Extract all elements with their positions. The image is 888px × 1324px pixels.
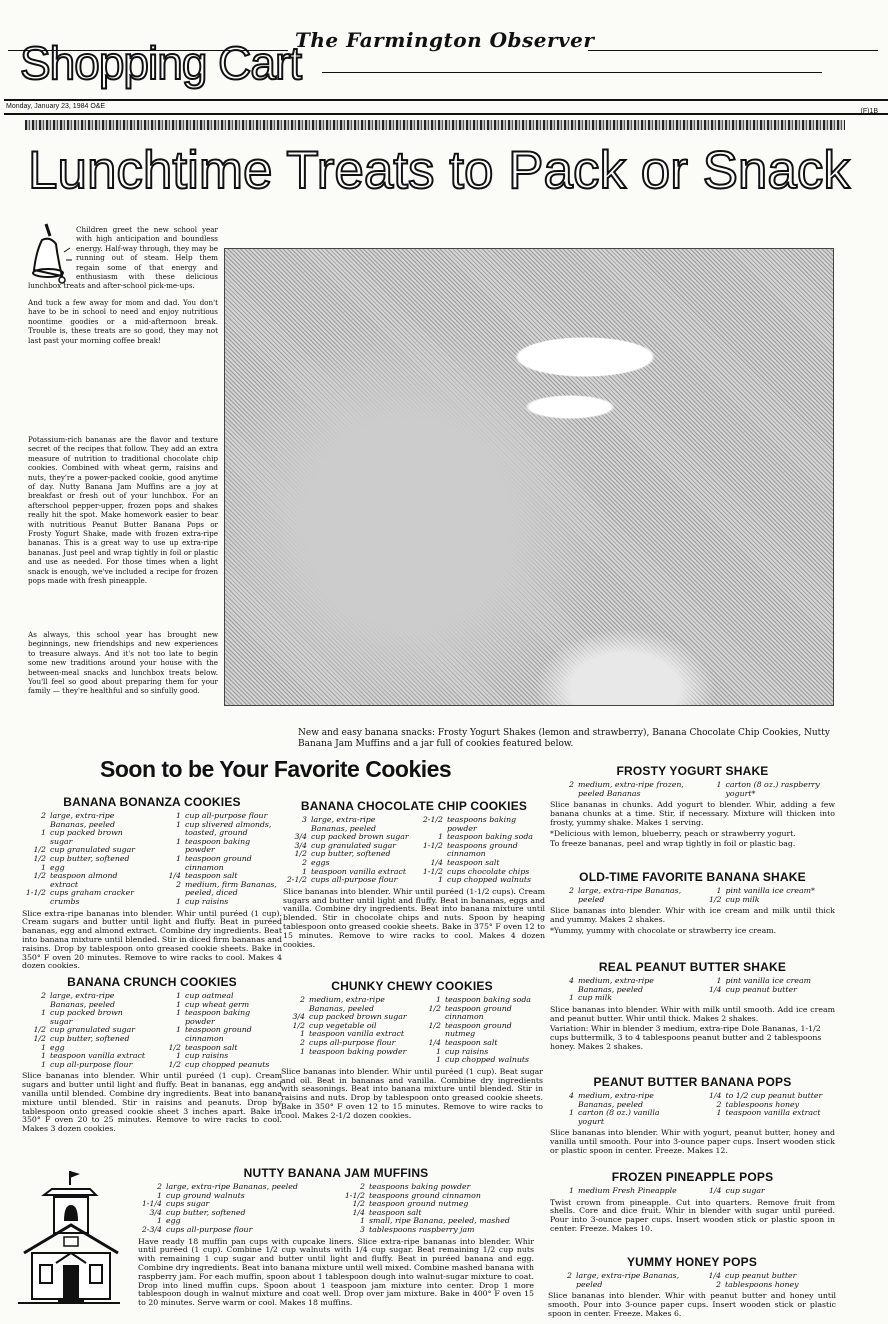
ingredient-name: cups all-purpose flour <box>166 1225 252 1234</box>
ingredient-column-right: 1/4cup sugar <box>698 1187 836 1196</box>
ingredient-quantity: 1 <box>698 1109 722 1118</box>
ingredient-item: 2large, extra-ripe Bananas, peeled <box>22 812 147 829</box>
ingredient-quantity: 1/2 <box>417 1005 441 1014</box>
ingredient-quantity: 1 <box>157 855 181 864</box>
ingredient-quantity: 1/4 <box>698 986 722 995</box>
ingredient-quantity: 1 <box>419 876 443 885</box>
masthead-rule-right <box>588 50 878 51</box>
ingredient-quantity: 1 <box>698 781 722 790</box>
ingredient-quantity: 1/4 <box>698 1187 722 1196</box>
ingredient-column-right: 1/4to 1/2 cup peanut butter2tablespoons … <box>698 1092 836 1126</box>
ingredient-item: 1teaspoon ground cinnamon <box>157 855 282 872</box>
recipe-directions: Have ready 18 muffin pan cups with cupca… <box>138 1238 534 1308</box>
ingredient-quantity: 1 <box>157 898 181 907</box>
ingredient-name: large, extra-ripe Bananas, peeled <box>578 886 681 904</box>
ingredient-name: carton (8 oz.) raspberry yogurt* <box>726 780 820 798</box>
recipe-title: FROSTY YOGURT SHAKE <box>550 764 835 778</box>
newspaper-name: The Farmington Observer <box>295 28 594 52</box>
recipe-directions: Slice bananas into blender. Whir with mi… <box>550 1006 835 1024</box>
ingredient-list: 2medium, extra-ripe frozen, peeled Banan… <box>550 781 835 798</box>
ingredient-name: medium, extra-ripe Bananas, peeled <box>309 995 385 1013</box>
decorative-texture-bar <box>25 120 845 130</box>
ingredient-list: 2medium, extra-ripe Bananas, peeled3/4cu… <box>281 996 543 1065</box>
recipe-real-peanut-butter-shake: REAL PEANUT BUTTER SHAKE4medium, extra-r… <box>550 960 835 1052</box>
ingredient-quantity: 2 <box>548 1272 572 1281</box>
recipe-frozen-pineapple-pops: FROZEN PINEAPPLE POPS1medium Fresh Pinea… <box>550 1170 835 1234</box>
intro-paragraph-4: As always, this school year has brought … <box>28 630 218 696</box>
ingredient-quantity: 1-1/2 <box>22 889 46 898</box>
ingredient-item: 1teaspoon ground cinnamon <box>157 1026 282 1043</box>
ingredient-column-left: 2large, extra-ripe Bananas, peeled1cup p… <box>22 992 147 1069</box>
ingredient-quantity: 1 <box>550 1109 574 1118</box>
ingredient-item: 1cup slivered almonds, toasted, ground <box>157 821 282 838</box>
ingredient-item: 1cup packed brown sugar <box>22 829 147 846</box>
banana-snacks-photo <box>224 248 834 706</box>
recipe-title: REAL PEANUT BUTTER SHAKE <box>550 960 835 974</box>
ingredient-list: 3large, extra-ripe Bananas, peeled3/4cup… <box>283 816 545 885</box>
ingredient-item: 1cup packed brown sugar <box>22 1009 147 1026</box>
ingredient-quantity: 1 <box>417 1056 441 1065</box>
ingredient-quantity: 2 <box>550 781 574 790</box>
ingredient-quantity: 3 <box>341 1226 365 1235</box>
ingredient-column-right: 1pint vanilla ice cream*1/2cup milk <box>698 887 836 904</box>
ingredient-column-right: 1cup oatmeal1cup wheat germ1teaspoon bak… <box>157 992 282 1069</box>
ingredient-column-left: 2medium, extra-ripe frozen, peeled Banan… <box>550 781 688 798</box>
ingredient-name: cup raisins <box>185 897 228 906</box>
ingredient-item: 4medium, extra-ripe Bananas, peeled <box>550 977 688 994</box>
ingredient-item: 2tablespoons honey <box>697 1281 836 1290</box>
recipe-note: *Delicious with lemon, blueberry, peach … <box>550 830 835 839</box>
recipe-nutty-banana-jam-muffins: NUTTY BANANA JAM MUFFINS2large, extra-ri… <box>138 1166 534 1308</box>
ingredient-quantity: 1 <box>157 1009 181 1018</box>
ingredient-name: teaspoon ground cinnamon <box>185 1025 252 1043</box>
ingredient-name: large, extra-ripe Bananas, peeled <box>50 991 115 1009</box>
ingredient-name: medium, firm Bananas, peeled, diced <box>185 880 277 898</box>
page-number: (F)1B <box>861 108 879 115</box>
ingredient-item: 1carton (8 oz.) raspberry yogurt* <box>698 781 836 798</box>
ingredient-name: teaspoon almond extract <box>50 871 118 889</box>
ingredient-quantity: 4 <box>550 1092 574 1101</box>
recipe-title: NUTTY BANANA JAM MUFFINS <box>138 1166 534 1180</box>
ingredient-item: 2medium, extra-ripe frozen, peeled Banan… <box>550 781 688 798</box>
recipe-title: OLD-TIME FAVORITE BANANA SHAKE <box>550 870 835 884</box>
ingredient-name: cup packed brown sugar <box>50 828 123 846</box>
ingredient-name: cup all-purpose flour <box>50 1060 132 1069</box>
ingredient-column-right: 1teaspoon baking soda1/2teaspoon ground … <box>417 996 543 1065</box>
ingredient-list: 2large, extra-ripe Bananas, peeled1cup g… <box>138 1183 534 1235</box>
ingredient-item: 1teaspoon baking powder <box>281 1048 407 1057</box>
ingredient-name: teaspoon ground cinnamon <box>185 854 252 872</box>
schoolhouse-icon <box>8 1165 128 1315</box>
ingredient-column-right: 1cup all-purpose flour1cup slivered almo… <box>157 812 282 907</box>
ingredient-list: 2large, extra-ripe Bananas, peeled1pint … <box>550 887 835 904</box>
ingredient-name: medium, extra-ripe Bananas, peeled <box>578 1091 654 1109</box>
ingredient-item: 1cup milk <box>550 994 688 1003</box>
ingredient-name: teaspoon baking powder <box>185 1008 250 1026</box>
ingredient-quantity: 1 <box>550 994 574 1003</box>
recipe-directions: Slice bananas into blender. Whir until p… <box>22 1072 282 1134</box>
ingredient-column-left: 2large, extra-ripe Bananas, peeled <box>548 1272 687 1289</box>
ingredient-item: 1/4cup sugar <box>698 1187 836 1196</box>
masthead-rule-left <box>8 50 288 51</box>
ingredient-item: 1/2teaspoon ground nutmeg <box>417 1022 543 1039</box>
ingredient-item: 2large, extra-ripe Bananas, peeled <box>22 992 147 1009</box>
ingredient-column-left: 2medium, extra-ripe Bananas, peeled3/4cu… <box>281 996 407 1065</box>
ingredient-item: 1/4cup peanut butter <box>698 986 836 995</box>
ingredient-quantity: 1 <box>22 829 46 838</box>
ingredient-name: teaspoon vanilla extract <box>726 1108 821 1117</box>
recipe-note: Variation: Whir in blender 3 medium, ext… <box>550 1025 835 1051</box>
masthead-rule-mid <box>322 72 822 73</box>
recipe-banana-crunch-cookies: BANANA CRUNCH COOKIES2large, extra-ripe … <box>22 975 282 1134</box>
intro-paragraph-1: Children greet the new school year with … <box>28 225 218 291</box>
ingredient-column-right: 2teaspoons baking powder1-1/2teaspoons g… <box>341 1183 534 1235</box>
ingredient-name: large, extra-ripe Bananas, peeled <box>50 811 115 829</box>
ingredient-quantity: 1 <box>157 838 181 847</box>
ingredient-quantity: 1-1/2 <box>419 842 443 851</box>
ingredient-item: 1teaspoon vanilla extract <box>698 1109 836 1118</box>
ingredient-item: 1cup chopped walnuts <box>419 876 545 885</box>
ingredient-item: 1cup all-purpose flour <box>22 1061 147 1070</box>
ingredient-item: 1-1/2teaspoons ground cinnamon <box>419 842 545 859</box>
recipe-title: PEANUT BUTTER BANANA POPS <box>550 1075 835 1089</box>
ingredient-name: cup milk <box>726 895 760 904</box>
ingredient-quantity: 1 <box>550 1187 574 1196</box>
ingredient-column-left: 2large, extra-ripe Bananas, peeled <box>550 887 688 904</box>
ingredient-column-left: 2large, extra-ripe Bananas, peeled1cup p… <box>22 812 147 907</box>
intro-paragraph-2: And tuck a few away for mom and dad. You… <box>28 298 218 345</box>
ingredient-item: 1/2cup chopped peanuts <box>157 1061 282 1070</box>
ingredient-item: 2-1/2cups all-purpose flour <box>283 876 409 885</box>
recipe-directions: Slice bananas into blender. Whir until p… <box>283 888 545 950</box>
ingredient-name: teaspoon baking powder <box>185 837 250 855</box>
recipe-directions: Slice bananas into blender. Whir with yo… <box>550 1129 835 1155</box>
ingredient-quantity: 4 <box>550 977 574 986</box>
ingredient-quantity: 1/2 <box>22 872 46 881</box>
ingredient-name: medium Fresh Pineapple <box>578 1186 677 1195</box>
ingredient-column-left: 4medium, extra-ripe Bananas, peeled1cup … <box>550 977 688 1003</box>
ingredient-item: 1cup raisins <box>157 898 282 907</box>
ingredient-item: 1medium Fresh Pineapple <box>550 1187 688 1196</box>
ingredient-column-left: 2large, extra-ripe Bananas, peeled1cup g… <box>138 1183 331 1235</box>
recipe-directions: Slice bananas in chunks. Add yogurt to b… <box>550 801 835 827</box>
ingredient-name: cup chopped walnuts <box>445 1055 529 1064</box>
ingredient-name: cup slivered almonds, toasted, ground <box>185 820 271 838</box>
ingredient-item: 2large, extra-ripe Bananas, peeled <box>550 887 688 904</box>
recipe-directions: Twist crown from pineapple. Cut into qua… <box>550 1199 835 1234</box>
ingredient-quantity: 2 <box>550 887 574 896</box>
ingredient-item: 1cup chopped walnuts <box>417 1056 543 1065</box>
ingredient-item: 1-1/2cups graham cracker crumbs <box>22 889 147 906</box>
dateline: Monday, January 23, 1984 O&E <box>6 103 105 110</box>
ingredient-item: 1/2cup milk <box>698 896 836 905</box>
ingredient-item: 1carton (8 oz.) vanilla yogurt <box>550 1109 688 1126</box>
ingredient-name: large, extra-ripe Bananas, peeled <box>576 1271 679 1289</box>
ingredient-name: teaspoons ground cinnamon <box>447 841 518 859</box>
ingredient-quantity: 1 <box>22 1009 46 1018</box>
ingredient-list: 4medium, extra-ripe Bananas, peeled1cup … <box>550 977 835 1003</box>
ingredient-quantity: 2 <box>22 812 46 821</box>
ingredient-name: teaspoon ground cinnamon <box>445 1004 512 1022</box>
ingredient-quantity: 3 <box>283 816 307 825</box>
masthead-rule-top <box>4 99 888 101</box>
ingredient-name: cup chopped peanuts <box>185 1060 269 1069</box>
recipe-title: FROZEN PINEAPPLE POPS <box>550 1170 835 1184</box>
recipe-banana-bonanza-cookies: BANANA BONANZA COOKIES2large, extra-ripe… <box>22 795 282 971</box>
recipe-title: BANANA CHOCOLATE CHIP COOKIES <box>283 799 545 813</box>
recipe-title: BANANA BONANZA COOKIES <box>22 795 282 809</box>
ingredient-name: teaspoons baking powder <box>447 815 516 833</box>
recipe-old-time-banana-shake: OLD-TIME FAVORITE BANANA SHAKE2large, ex… <box>550 870 835 936</box>
ingredient-quantity: 1 <box>157 821 181 830</box>
ingredient-column-right: 1carton (8 oz.) raspberry yogurt* <box>698 781 836 798</box>
ingredient-name: cup packed brown sugar <box>50 1008 123 1026</box>
ingredient-name: cup milk <box>578 993 612 1002</box>
ingredient-item: 4medium, extra-ripe Bananas, peeled <box>550 1092 688 1109</box>
recipe-directions: Slice bananas into blender. Whir with ic… <box>550 907 835 925</box>
ingredient-quantity: 2-1/2 <box>419 816 443 825</box>
recipe-title: BANANA CRUNCH COOKIES <box>22 975 282 989</box>
masthead-rule-bottom <box>4 113 888 115</box>
recipe-frosty-yogurt-shake: FROSTY YOGURT SHAKE2medium, extra-ripe f… <box>550 764 835 849</box>
ingredient-column-left: 1medium Fresh Pineapple <box>550 1187 688 1196</box>
bell-float-spacer <box>28 225 76 281</box>
ingredient-name: cup sugar <box>726 1186 765 1195</box>
ingredient-name: tablespoons raspberry jam <box>369 1225 475 1234</box>
section-title-shopping-cart: Shopping Cart <box>20 40 301 86</box>
ingredient-name: cup peanut butter <box>726 985 797 994</box>
ingredient-item: 2medium, firm Bananas, peeled, diced <box>157 881 282 898</box>
ingredient-list: 1medium Fresh Pineapple1/4cup sugar <box>550 1187 835 1196</box>
recipe-peanut-butter-banana-pops: PEANUT BUTTER BANANA POPS4medium, extra-… <box>550 1075 835 1156</box>
ingredient-column-left: 3large, extra-ripe Bananas, peeled3/4cup… <box>283 816 409 885</box>
ingredient-quantity: 1/2 <box>698 896 722 905</box>
recipe-title: CHUNKY CHEWY COOKIES <box>281 979 543 993</box>
recipe-directions: Slice bananas into blender. Whir until p… <box>281 1068 543 1121</box>
ingredient-column-right: 2-1/2teaspoons baking powder1teaspoon ba… <box>419 816 545 885</box>
recipe-yummy-honey-pops: YUMMY HONEY POPS2large, extra-ripe Banan… <box>548 1255 836 1319</box>
ingredient-name: cups all-purpose flour <box>311 875 397 884</box>
ingredient-quantity: 1/2 <box>417 1022 441 1031</box>
ingredient-quantity: 2 <box>157 881 181 890</box>
ingredient-name: carton (8 oz.) vanilla yogurt <box>578 1108 660 1126</box>
ingredient-item: 3large, extra-ripe Bananas, peeled <box>283 816 409 833</box>
ingredient-quantity: 2-1/2 <box>283 876 307 885</box>
ingredient-list: 2large, extra-ripe Bananas, peeled1/4cup… <box>548 1272 836 1289</box>
ingredient-item: 2large, extra-ripe Bananas, peeled <box>548 1272 687 1289</box>
ingredient-quantity: 1 <box>157 1026 181 1035</box>
recipe-title: YUMMY HONEY POPS <box>548 1255 836 1269</box>
ingredient-column-left: 4medium, extra-ripe Bananas, peeled1cart… <box>550 1092 688 1126</box>
recipe-directions: Slice bananas into blender. Whir with pe… <box>548 1292 836 1318</box>
ingredient-name: tablespoons honey <box>725 1280 799 1289</box>
ingredient-item: 2-3/4cups all-purpose flour <box>138 1226 331 1235</box>
recipe-banana-chocolate-chip-cookies: BANANA CHOCOLATE CHIP COOKIES3large, ext… <box>283 799 545 949</box>
ingredient-item: 1/2teaspoon ground cinnamon <box>417 1005 543 1022</box>
ingredient-column-right: 1/4cup peanut butter2tablespoons honey <box>697 1272 836 1289</box>
ingredient-list: 2large, extra-ripe Bananas, peeled1cup p… <box>22 992 282 1069</box>
ingredient-name: teaspoon ground nutmeg <box>445 1021 512 1039</box>
ingredient-quantity: 2 <box>281 996 305 1005</box>
ingredient-quantity: 2 <box>22 992 46 1001</box>
ingredient-name: medium, extra-ripe frozen, peeled Banana… <box>578 780 684 798</box>
page-headline: Lunchtime Treats to Pack or Snack <box>28 140 850 201</box>
ingredient-item: 1teaspoon baking powder <box>157 1009 282 1026</box>
ingredient-item: 2-1/2teaspoons baking powder <box>419 816 545 833</box>
ingredient-name: medium, extra-ripe Bananas, peeled <box>578 976 654 994</box>
ingredient-list: 2large, extra-ripe Bananas, peeled1cup p… <box>22 812 282 907</box>
ingredient-name: cup chopped walnuts <box>447 875 531 884</box>
ingredient-quantity: 1 <box>281 1048 305 1057</box>
ingredient-quantity: 1 <box>22 1061 46 1070</box>
ingredient-name: teaspoon baking powder <box>309 1047 406 1056</box>
ingredient-item: 3tablespoons raspberry jam <box>341 1226 534 1235</box>
cookies-section-title: Soon to be Your Favorite Cookies <box>100 756 451 783</box>
recipe-chunky-chewy-cookies: CHUNKY CHEWY COOKIES2medium, extra-ripe … <box>281 979 543 1121</box>
ingredient-item: 1teaspoon baking powder <box>157 838 282 855</box>
ingredient-name: large, extra-ripe Bananas, peeled <box>311 815 376 833</box>
recipe-directions: Slice extra-ripe bananas into blender. W… <box>22 910 282 972</box>
ingredient-item: 2medium, extra-ripe Bananas, peeled <box>281 996 407 1013</box>
ingredient-item: 1/2teaspoon almond extract <box>22 872 147 889</box>
ingredient-quantity: 2 <box>697 1281 721 1290</box>
recipe-note: *Yummy, yummy with chocolate or strawber… <box>550 927 835 936</box>
ingredient-quantity: 2-3/4 <box>138 1226 162 1235</box>
ingredient-column-right: 1pint vanilla ice cream1/4cup peanut but… <box>698 977 836 1003</box>
recipe-note: To freeze bananas, peel and wrap tightly… <box>550 840 835 849</box>
ingredient-list: 4medium, extra-ripe Bananas, peeled1cart… <box>550 1092 835 1126</box>
intro-paragraph-3: Potassium-rich bananas are the flavor an… <box>28 435 218 586</box>
ingredient-name: cups graham cracker crumbs <box>50 888 134 906</box>
photo-caption: New and easy banana snacks: Frosty Yogur… <box>298 728 838 750</box>
ingredient-quantity: 1/2 <box>157 1061 181 1070</box>
